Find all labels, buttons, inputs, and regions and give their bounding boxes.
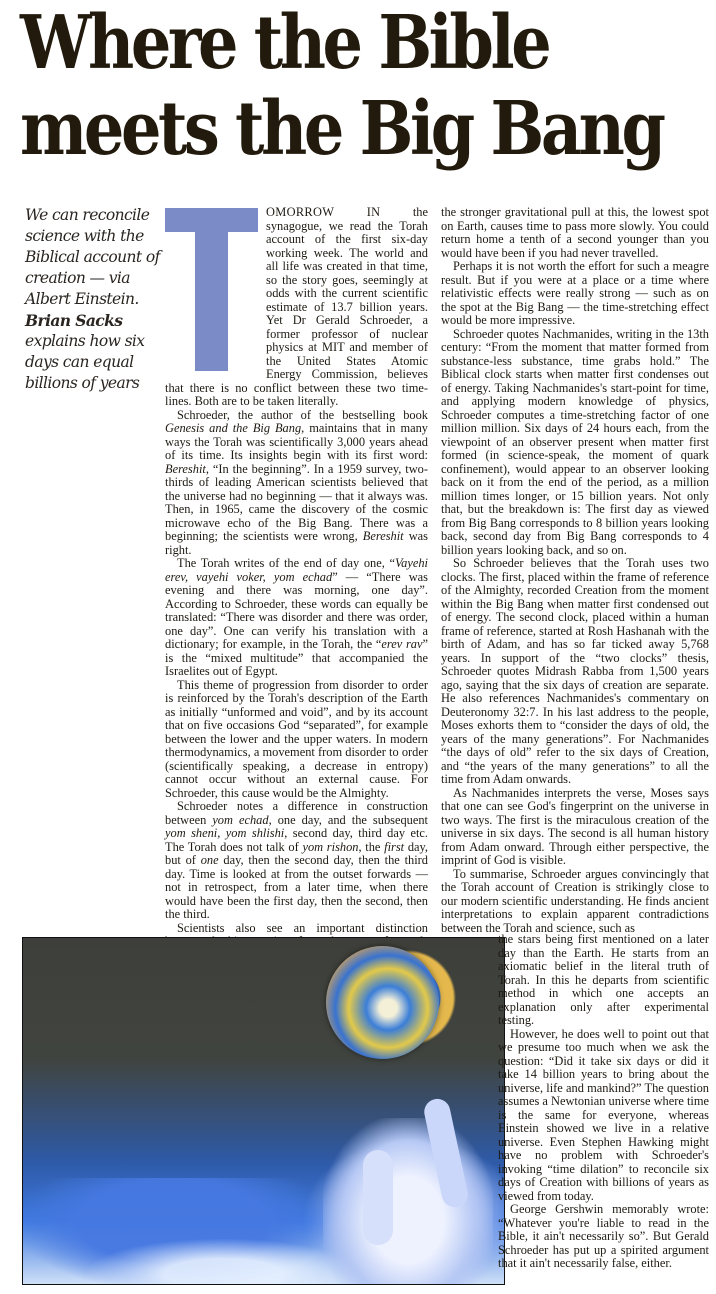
standfirst-text-after: explains how six days can equal billions… (25, 332, 144, 392)
paragraph: To summarise, Schroeder argues convincin… (441, 868, 709, 936)
paragraph: Schroeder, the author of the bestselling… (165, 409, 428, 558)
article-photo-globe-and-hand (22, 937, 505, 1285)
standfirst-text: We can reconcile science with the Biblic… (25, 206, 160, 308)
paragraph: As Nachmanides interprets the verse, Mos… (441, 787, 709, 868)
paragraph: So Schroeder believes that the Torah use… (441, 557, 709, 787)
paragraph: Schroeder quotes Nachmanides, writing in… (441, 328, 709, 558)
article-column-1: T OMORROW IN the synagogue, we read the … (165, 206, 428, 1016)
paragraph: Schroeder notes a difference in construc… (165, 800, 428, 922)
lead-in: OMORROW IN (266, 205, 380, 219)
standfirst: We can reconcile science with the Biblic… (25, 205, 160, 394)
cloud-shape (83, 1238, 363, 1285)
paragraph: the stronger gravitational pull at this,… (441, 206, 709, 260)
paragraph: George Gershwin memorably wrote: “Whatev… (498, 1203, 709, 1271)
paragraph: However, he does well to point out that … (498, 1028, 709, 1204)
paragraph: This theme of progression from disorder … (165, 679, 428, 801)
hand-shape (323, 1118, 493, 1285)
drop-cap-stem-shape (195, 232, 228, 371)
headline-line-2: meets the Big Bang (20, 86, 663, 172)
paragraph: The Torah writes of the end of day one, … (165, 557, 428, 679)
globe-icon (326, 946, 439, 1059)
headline: Where the Bible meets the Big Bang (20, 0, 613, 172)
headline-line-1: Where the Bible (20, 0, 548, 86)
finger-shape (363, 1150, 393, 1245)
drop-cap-bar-shape (165, 208, 258, 232)
article-column-2-lower: the stars being first mentioned on a lat… (498, 933, 709, 1271)
paragraph: Perhaps it is not worth the effort for s… (441, 260, 709, 328)
drop-cap: T (165, 208, 258, 371)
author-byline: Brian Sacks (25, 310, 160, 331)
paragraph: the stars being first mentioned on a lat… (498, 933, 709, 1028)
article-column-2: the stronger gravitational pull at this,… (441, 206, 709, 935)
